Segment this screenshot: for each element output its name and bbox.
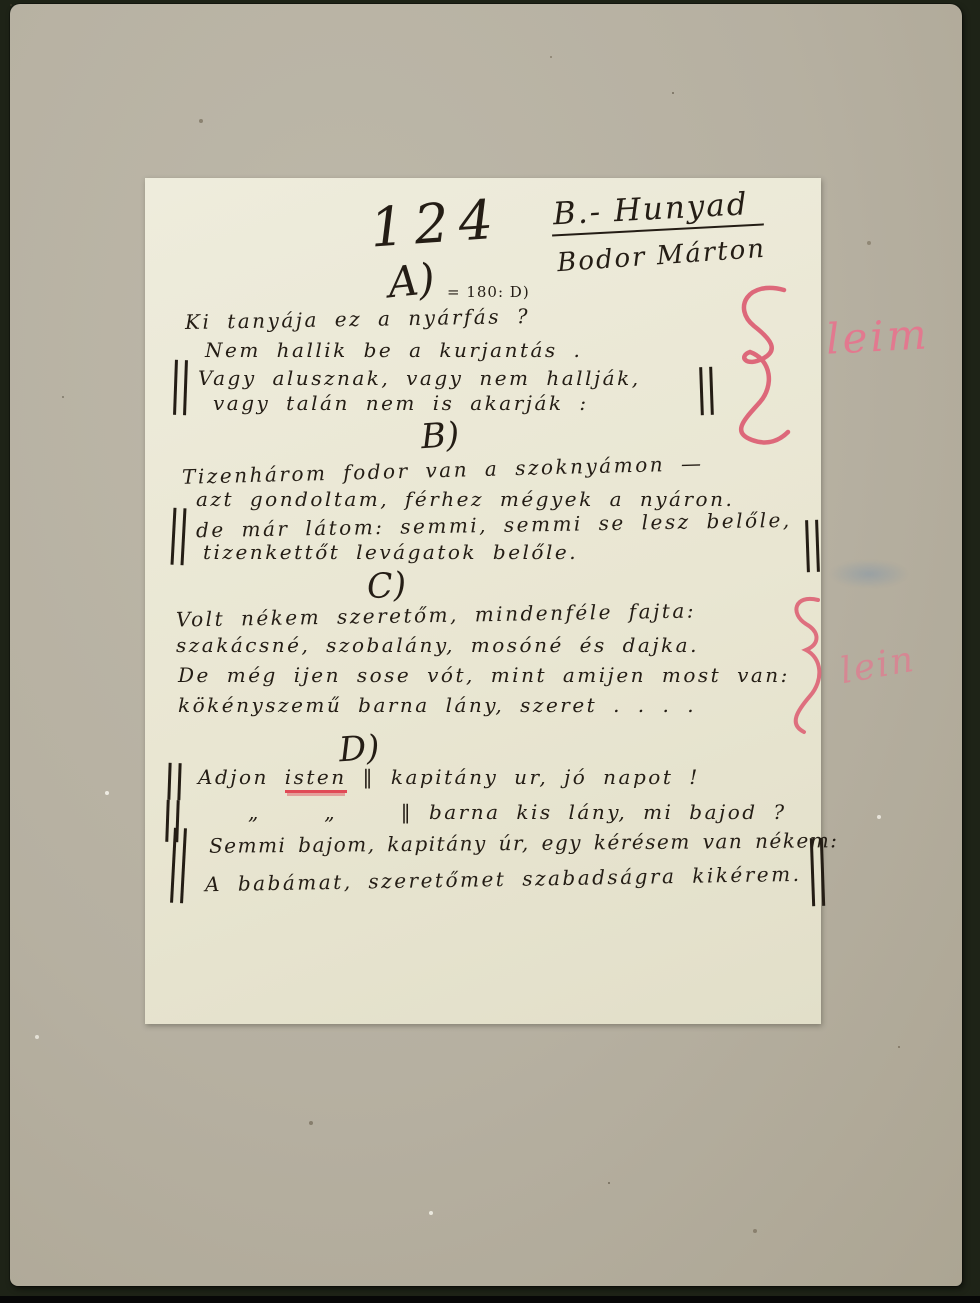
red-pencil-brace-icon (720, 282, 820, 452)
section-label-d: D) (338, 730, 381, 770)
verse-line: De még ijen sose vót, mint amijen most v… (178, 664, 790, 686)
photo-edge (0, 1296, 980, 1303)
verse-line: Semmi bajom, kapitány úr, egy kérésem va… (209, 829, 839, 856)
verse-line: Nem hallik be a kurjantás . (205, 339, 582, 361)
verse-line: azt gondoltam, férhez mégyek a nyáron. (196, 488, 734, 510)
verse-line: Ki tanyája ez a nyárfás ? (185, 305, 530, 333)
section-label-b: B) (420, 417, 461, 457)
verse-line: vagy talán nem is akarják : (213, 392, 589, 414)
verse-line: kökényszemű barna lány, szeret . . . . (178, 694, 696, 716)
scanned-photo: 124 B.- Hunyad Bodor Márton A) = 180: D)… (0, 0, 980, 1303)
verse-line: „ „ ‖ barna kis lány, mi bajod ? (248, 801, 787, 823)
repeat-barline-icon (699, 367, 714, 415)
informant-name: Bodor Márton (556, 235, 767, 278)
song-number: 124 (368, 189, 505, 258)
verse-line: szakácsné, szobalány, mosóné és dajka. (176, 634, 699, 656)
red-pencil-brace-icon (774, 594, 838, 744)
verse-fragment: ‖ kapitány ur, jó napot ! (347, 765, 700, 789)
verse-line: Adjon isten ‖ kapitány ur, jó napot ! (198, 766, 700, 788)
verse-line: A babámat, szeretőmet szabadságra kikére… (205, 863, 802, 895)
verse-line: tizenkettőt levágatok belőle. (203, 541, 578, 563)
red-underlined-word: isten (285, 765, 347, 793)
verse-line: Vagy alusznak, vagy nem hallják, (198, 367, 641, 389)
verse-line: Volt nékem szeretőm, mindenféle fajta: (176, 599, 696, 630)
repeat-barline-icon (171, 508, 187, 566)
verse-fragment: Adjon (198, 765, 285, 789)
paper-specks (10, 4, 12, 6)
repeat-barline-icon (173, 360, 188, 415)
verse-line: de már látom: semmi, semmi se lesz belől… (196, 509, 792, 541)
repeat-barline-icon (805, 520, 820, 572)
repeat-barline-icon (167, 763, 181, 800)
section-label-a: A) (386, 256, 437, 307)
faded-ink-smudge (830, 560, 908, 588)
location-title: B.- Hunyad (550, 186, 764, 236)
verse-line: Tizenhárom fodor van a szoknyámon — (182, 452, 704, 488)
margin-note: leim (825, 309, 931, 363)
repeat-barline-icon (810, 838, 825, 906)
section-label-c: C) (366, 567, 408, 607)
repeat-barline-icon (170, 828, 187, 904)
tune-reference: = 180: D) (447, 284, 530, 301)
